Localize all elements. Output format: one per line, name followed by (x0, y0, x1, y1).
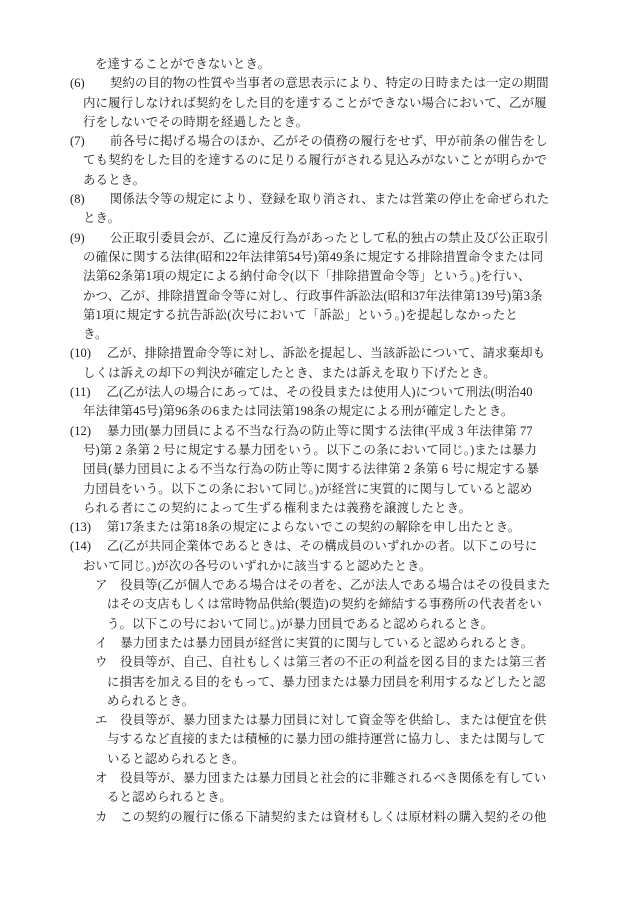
document-line: き。 (0, 325, 630, 344)
document-line: (9) 公正取引委員会が、乙に違反行為があったとして私的独占の禁止及び公正取引 (0, 229, 630, 248)
document-line: 団員(暴力団員による不当な行為の防止等に関する法律第 2 条第 6 号に規定する… (0, 460, 630, 479)
document-line: オ 役員等が、暴力団または暴力団員と社会的に非難されるべき関係を有してい (0, 769, 630, 788)
document-line: 号)第 2 条第 2 号に規定する暴力団をいう。以下この条において同じ。)または… (0, 441, 630, 460)
document-line: いると認められるとき。 (0, 750, 630, 769)
document-line: (12) 暴力団(暴力団員による不当な行為の防止等に関する法律(平成 3 年法律… (0, 422, 630, 441)
document-line: しくは訴えの却下の判決が確定したとき、または訴えを取り下げたとき。 (0, 364, 630, 383)
document-line: はその支店もしくは常時物品供給(製造)の契約を締結する事務所の代表者をい (0, 595, 630, 614)
document-line: 内に履行しなければ契約をした目的を達することができない場合において、乙が履 (0, 94, 630, 113)
document-line: ると認められるとき。 (0, 788, 630, 807)
document-line: られる者にこの契約によって生ずる権利または義務を譲渡したとき。 (0, 499, 630, 518)
document-line: カ この契約の履行に係る下請契約または資材もしくは原材料の購入契約その他 (0, 808, 630, 827)
document-line: (6) 契約の目的物の性質や当事者の意思表示により、特定の日時または一定の期間 (0, 74, 630, 93)
document-line: おいて同じ。)が次の各号のいずれかに該当すると認めたとき。 (0, 557, 630, 576)
document-line: 第1項に規定する抗告訴訟(次号において「訴訟」という。)を提起しなかったと (0, 306, 630, 325)
document-line: ウ 役員等が、自己、自社もしくは第三者の不正の利益を図る目的または第三者 (0, 653, 630, 672)
document-line: (13) 第17条または第18条の規定によらないでこの契約の解除を申し出たとき。 (0, 518, 630, 537)
document-line: 年法律第45号)第96条の6または同法第198条の規定による刑が確定したとき。 (0, 402, 630, 421)
document-line: ても契約をした目的を達するのに足りる履行がされる見込みがないことが明らかで (0, 151, 630, 170)
document-line: に損害を加える目的をもって、暴力団または暴力団員を利用するなどしたと認 (0, 673, 630, 692)
document-line: エ 役員等が、暴力団または暴力団員に対して資金等を供給し、または便宜を供 (0, 711, 630, 730)
document-line: (11) 乙(乙が法人の場合にあっては、その役員または使用人)について刑法(明治… (0, 383, 630, 402)
document-line: 行をしないでその時期を経過したとき。 (0, 113, 630, 132)
document-line: (8) 関係法令等の規定により、登録を取り消され、または営業の停止を命ぜられた (0, 190, 630, 209)
document-line: (7) 前各号に掲げる場合のほか、乙がその債務の履行をせず、甲が前条の催告をし (0, 132, 630, 151)
document-line: 与するなど直接的または積極的に暴力団の維持運営に協力し、または関与して (0, 730, 630, 749)
document-body: を達することができないとき。(6) 契約の目的物の性質や当事者の意思表示により、… (0, 55, 630, 827)
document-line: ア 役員等(乙が個人である場合はその者を、乙が法人である場合はその役員また (0, 576, 630, 595)
document-line: 力団員をいう。以下この条において同じ。)が経営に実質的に関与していると認め (0, 480, 630, 499)
document-line: の確保に関する法律(昭和22年法律第54号)第49条に規定する排除措置命令または… (0, 248, 630, 267)
document-line: 法第62条第1項の規定による納付命令(以下「排除措置命令等」という。)を行い、 (0, 267, 630, 286)
document-line: う。以下この号において同じ。)が暴力団員であると認められるとき。 (0, 615, 630, 634)
document-line: かつ、乙が、排除措置命令等に対し、行政事件訴訟法(昭和37年法律第139号)第3… (0, 287, 630, 306)
document-page: を達することができないとき。(6) 契約の目的物の性質や当事者の意思表示により、… (0, 0, 630, 903)
document-line: を達することができないとき。 (0, 55, 630, 74)
document-line: イ 暴力団または暴力団員が経営に実質的に関与していると認められるとき。 (0, 634, 630, 653)
document-line: (10) 乙が、排除措置命令等に対し、訴訟を提起し、当該訴訟について、請求棄却も (0, 344, 630, 363)
document-line: あるとき。 (0, 171, 630, 190)
document-line: (14) 乙(乙が共同企業体であるときは、その構成員のいずれかの者。以下この号に (0, 537, 630, 556)
document-line: められるとき。 (0, 692, 630, 711)
document-line: とき。 (0, 209, 630, 228)
